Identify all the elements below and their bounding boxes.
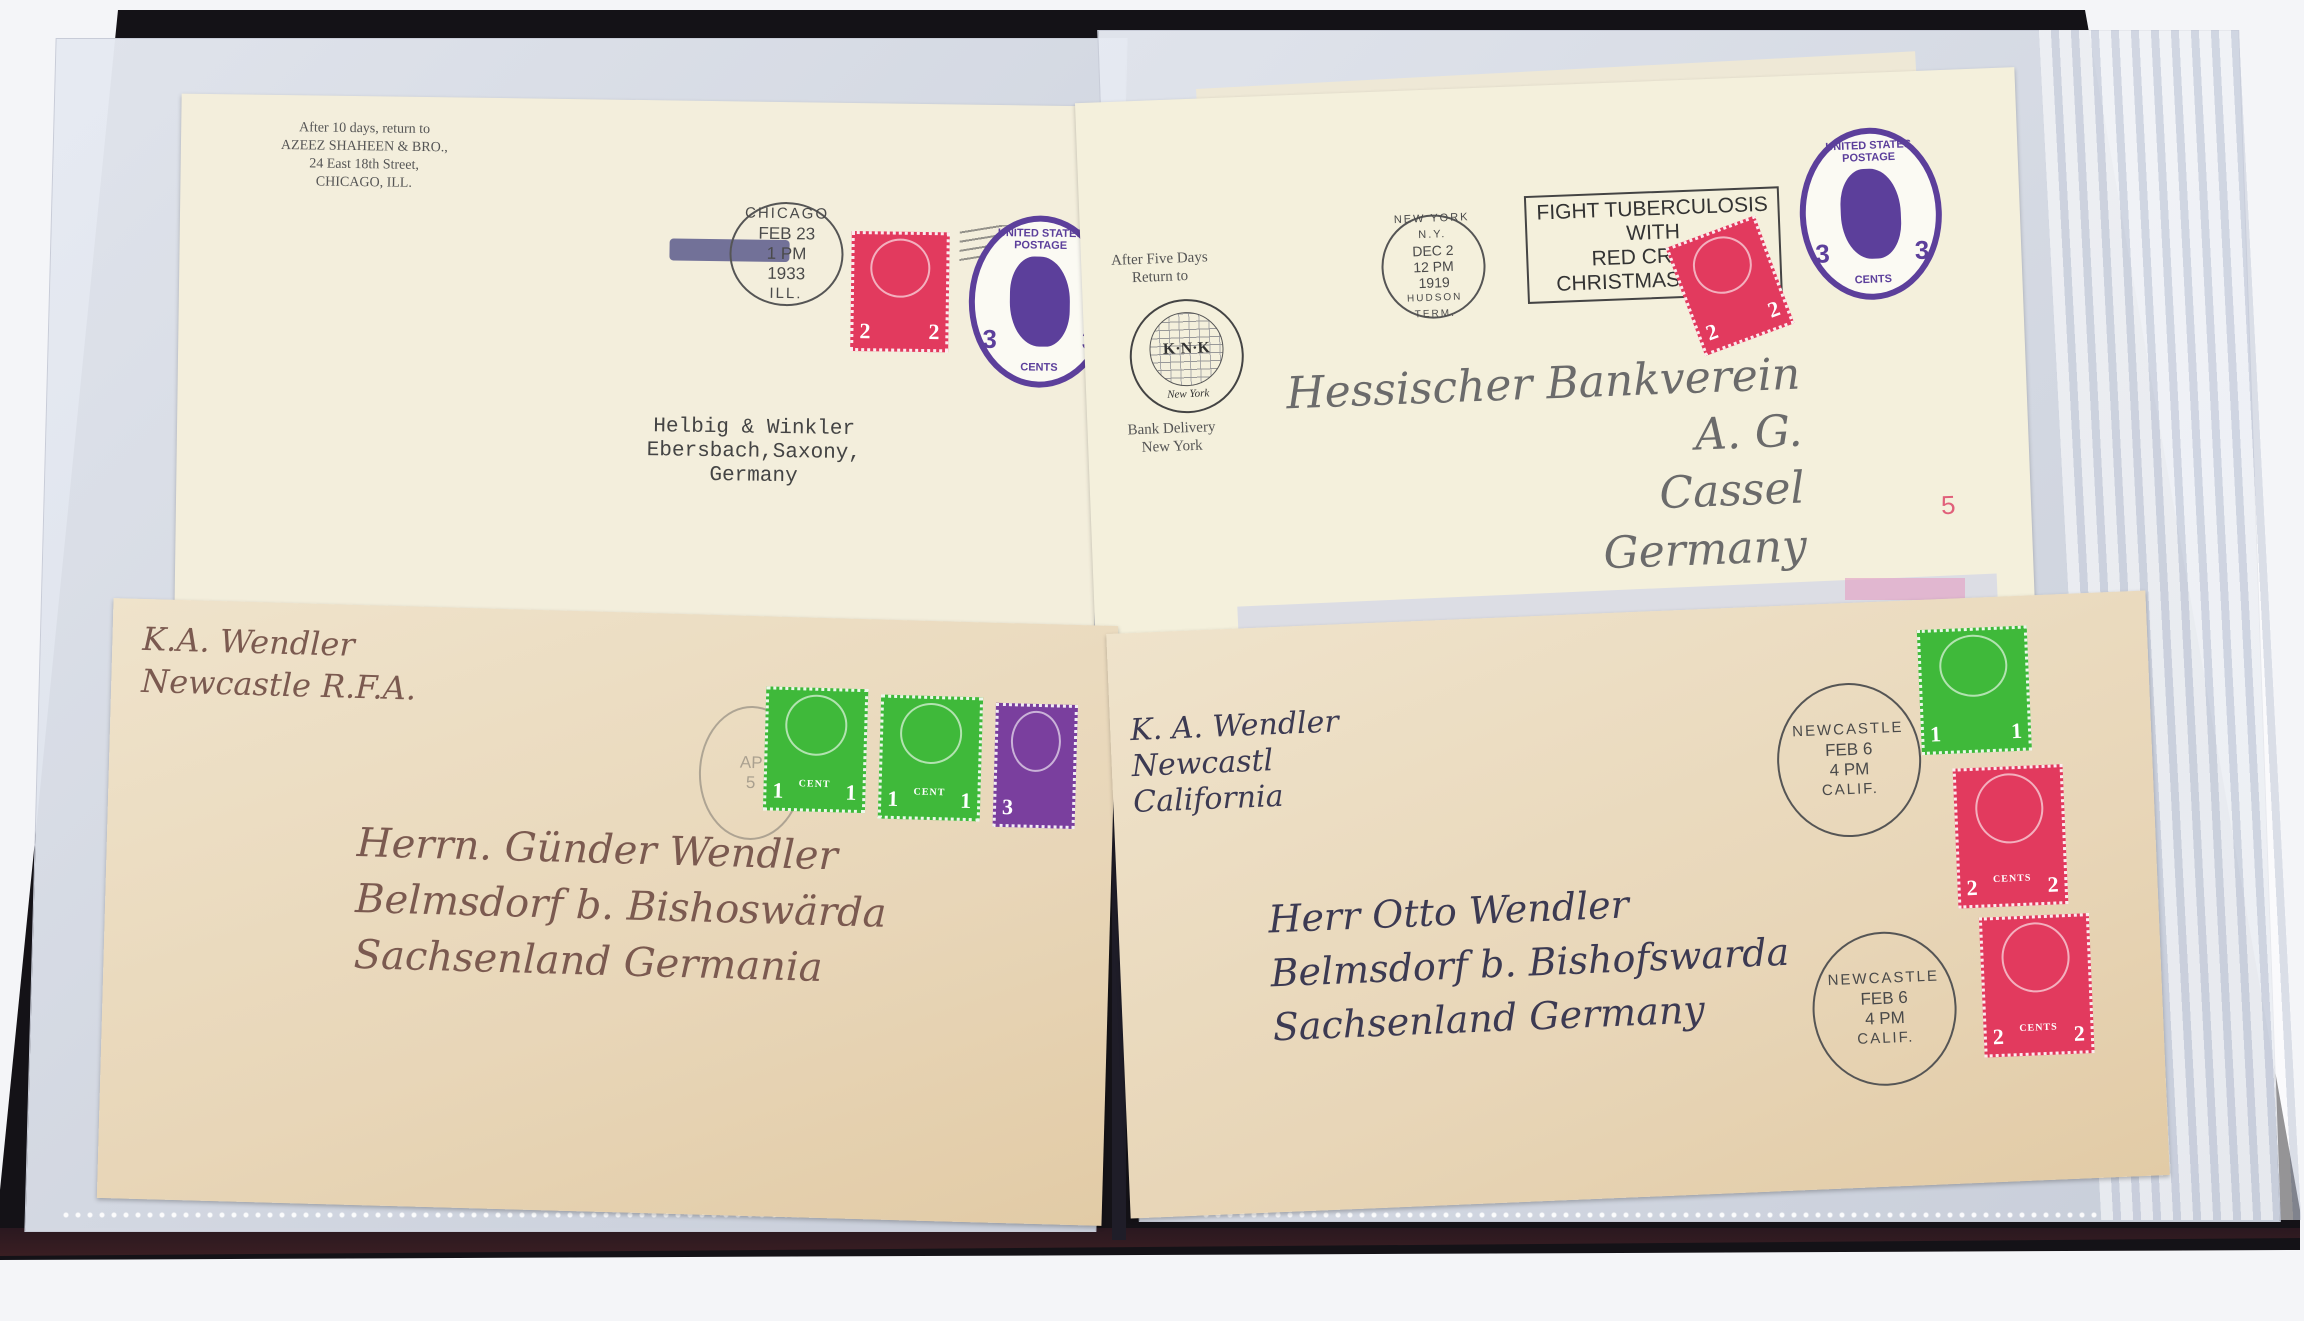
profile-head (1839, 168, 1902, 260)
stamp-1c-franklin: 1CENT1 (763, 686, 868, 813)
return-corner-top: After Five Days Return to (1111, 248, 1209, 288)
stamp-1c-franklin: 1CENT1 (878, 695, 983, 822)
knk-globe-logo: K·N·K New York (1128, 297, 1246, 415)
pencil-note: 5 (1940, 490, 1956, 522)
cover-chicago-1933: After 10 days, return to AZEEZ SHAHEEN &… (174, 94, 1101, 627)
behind-envelope-meter (1845, 578, 1965, 600)
recipient-address: Helbig & Winkler Ebersbach,Saxony, Germa… (646, 415, 861, 490)
stamp-2c-washington: 2CENTS2 (1979, 913, 2095, 1057)
stamp-2c-washington: 22 (850, 231, 950, 352)
stamp-denomination: 22 (1699, 294, 1788, 348)
stamp-denomination: 22 (855, 318, 943, 345)
stamp-2c-washington: 2CENTS2 (1953, 764, 2069, 908)
stamp-denomination: 2CENTS2 (1962, 871, 2063, 901)
cover-newyork-1919: After Five Days Return to K·N·K New York… (1075, 67, 2035, 643)
postmark-newcastle: NEWCASTLE FEB 6 4 PM CALIF. (1809, 929, 1959, 1089)
portrait-oval (1685, 228, 1759, 301)
stamp-denomination: 11 (1926, 718, 2027, 748)
stamp-denomination: 3 (998, 794, 1071, 822)
stamp-denomination: 1CENT1 (768, 777, 861, 806)
recipient-address: Herrn. Günder Wendler Belmsdorf b. Bisho… (353, 815, 889, 998)
portrait-oval (870, 238, 931, 298)
globe-icon: K·N·K (1148, 311, 1225, 388)
return-address: K. A. Wendler Newcastl California (1130, 704, 1343, 821)
portrait-oval (1010, 710, 1062, 773)
sleeve-weld-dots (1200, 1210, 2100, 1220)
portrait-oval (1974, 772, 2045, 844)
stamp-3c-washington: 3 (993, 703, 1078, 829)
postmark-chicago: CHICAGO FEB 23 1 PM 1933 ILL. (729, 201, 844, 307)
return-address: After 10 days, return to AZEEZ SHAHEEN &… (280, 119, 448, 193)
portrait-oval (899, 702, 964, 765)
stamp-denomination: 1CENT1 (883, 786, 976, 815)
portrait-oval (784, 694, 849, 757)
stamp-denomination: 2CENTS2 (1988, 1020, 2089, 1050)
photo-scene: After 10 days, return to AZEEZ SHAHEEN &… (0, 0, 2304, 1321)
return-corner-bottom: Bank Delivery New York (1127, 418, 1216, 457)
stamped-envelope-indicia: UNITED STATES POSTAGE 3 3 CENTS (1797, 125, 1945, 302)
postmark-newcastle: NEWCASTLE FEB 6 4 PM CALIF. (1774, 680, 1924, 840)
portrait-oval (1938, 633, 2009, 698)
profile-head (1009, 256, 1070, 347)
portrait-oval (2000, 921, 2071, 993)
stamp-1c-franklin: 11 (1917, 625, 2032, 754)
cover-newcastle-wendler-2: K. A. Wendler Newcastl California NEWCAS… (1106, 590, 2170, 1218)
recipient-address: Herr Otto Wendler Belmsdorf b. Bishofswa… (1267, 871, 1792, 1055)
return-address: K.A. Wendler Newcastle R.F.A. (141, 619, 418, 710)
cover-newcastle-wendler-1: K.A. Wendler Newcastle R.F.A. AP 5 1CENT… (97, 598, 1118, 1226)
postmark-new-york: NEW YORK N.Y. DEC 2 12 PM 1919 HUDSON TE… (1380, 213, 1488, 321)
recipient-address: Hessischer Bankverein A. G. Cassel Germa… (1285, 346, 1808, 594)
